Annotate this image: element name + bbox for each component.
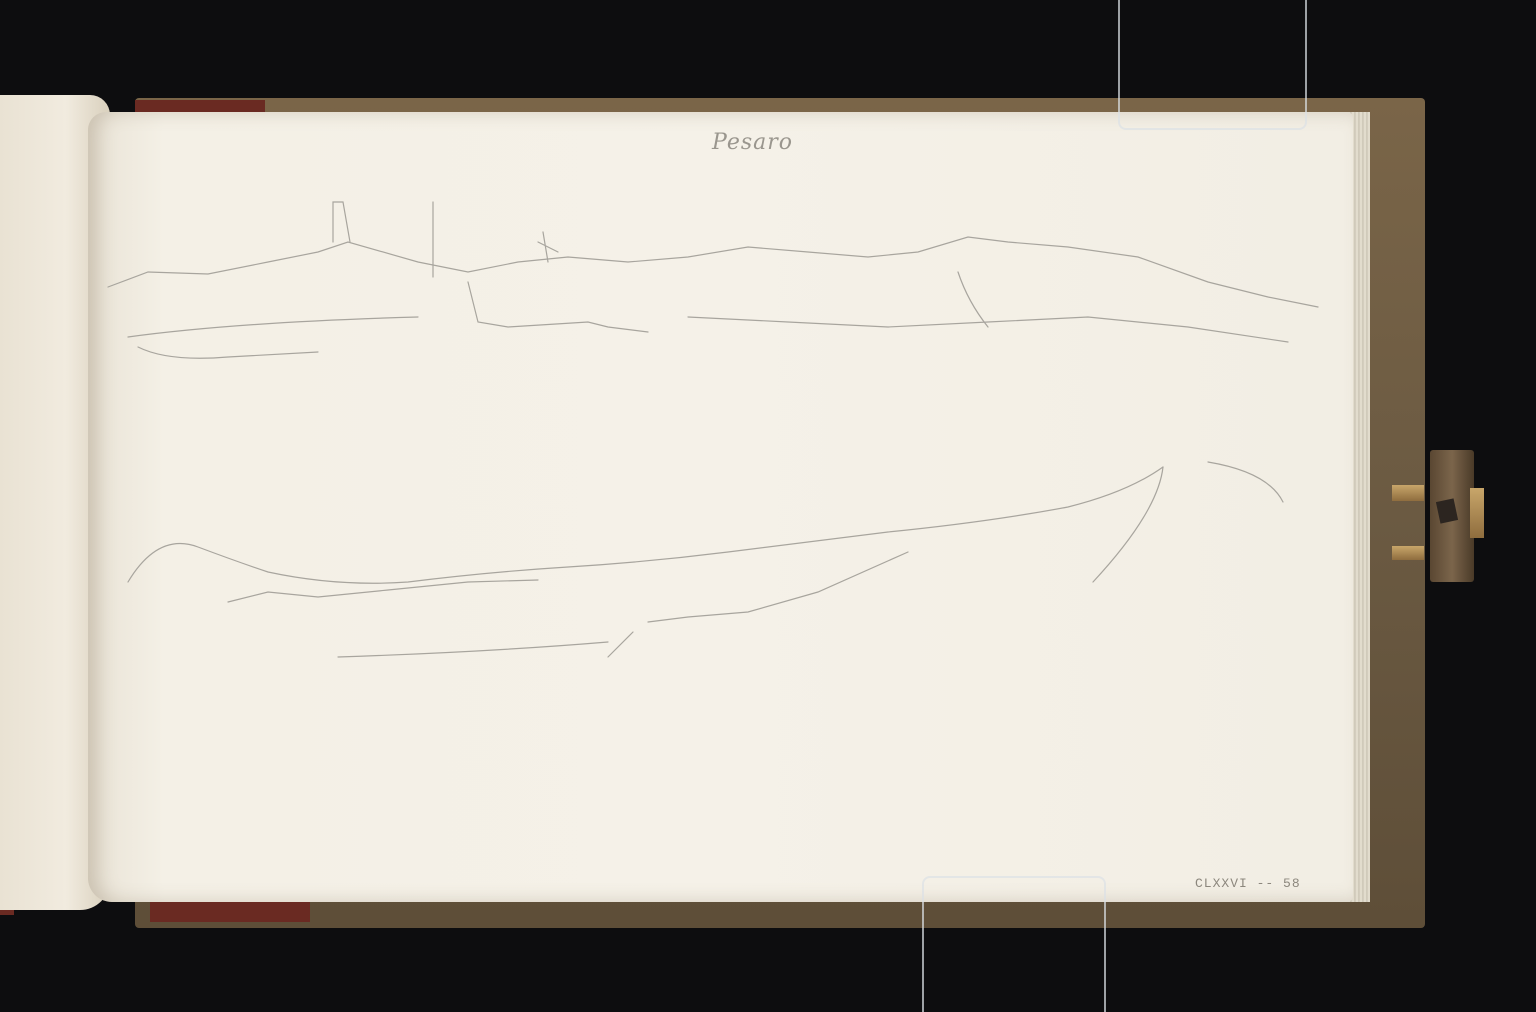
binding-red-bottom [150, 900, 310, 922]
stand-clip-bottom [922, 876, 1106, 1012]
catalog-number: CLXXVI -- 58 [1195, 876, 1301, 891]
pencil-sketch-drawing [88, 112, 1353, 902]
clasp-band-bottom [1392, 546, 1424, 560]
clasp-band-top [1392, 485, 1424, 501]
stand-clip-top [1118, 0, 1307, 130]
handwritten-title: Pesaro [712, 130, 793, 155]
clasp-band-side [1470, 488, 1484, 538]
